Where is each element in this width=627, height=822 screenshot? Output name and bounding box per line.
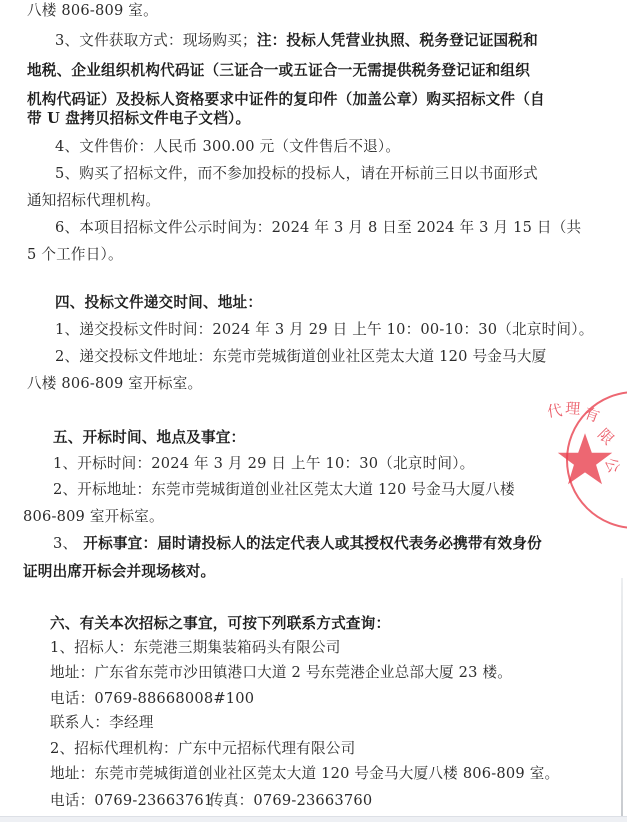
document-page: 八楼 806-809 室。 3、文件获取方式：现场购买；注：投标人凭营业执照、税… bbox=[0, 0, 627, 816]
section4-item2-line2: 八楼 806-809 室开标室。 bbox=[27, 375, 202, 393]
svg-text:公: 公 bbox=[601, 455, 623, 475]
page-edge-divider bbox=[621, 578, 623, 816]
item5-line1: 5、购买了招标文件，而不参加投标的投标人，请在开标前三日以书面形式 bbox=[55, 165, 538, 183]
section5-heading: 五、开标时间、地点及事宜： bbox=[53, 429, 245, 447]
svg-text:理: 理 bbox=[565, 399, 581, 418]
section5-item3-line1: 3、开标事宜：届时请投标人的法定代表人或其授权代表务必携带有效身份 bbox=[53, 535, 542, 553]
agency-name: 2、招标代理机构：广东中元招标代理有限公司 bbox=[50, 740, 355, 758]
section5-item2-line1: 2、开标地址：东莞市莞城街道创业社区莞太大道 120 号金马大厦八楼 bbox=[53, 481, 515, 499]
svg-text:有: 有 bbox=[582, 404, 602, 426]
item6-line1: 6、本项目招标文件公示时间为：2024 年 3 月 8 日至 2024 年 3 … bbox=[55, 219, 581, 237]
item4-price: 4、文件售价：人民币 300.00 元（文件售后不退）。 bbox=[55, 138, 400, 156]
item3-line1: 3、文件获取方式：现场购买；注：投标人凭营业执照、税务登记证国税和 bbox=[55, 32, 538, 50]
page-bottom-border bbox=[0, 816, 627, 822]
section5-item3-prefix: 3、 bbox=[53, 535, 77, 552]
company-seal-stamp-icon: 代 理 有 限 公 bbox=[545, 385, 627, 535]
section4-item1: 1、递交投标文件时间：2024 年 3 月 29 日 上午 10：00-10：3… bbox=[55, 321, 594, 339]
item5-line2: 通知招标代理机构。 bbox=[27, 192, 160, 210]
agency-phone: 电话：0769-23663761 bbox=[50, 792, 213, 810]
agency-fax: 传真：0769-23663760 bbox=[209, 792, 372, 810]
section5-item3-bold: 开标事宜：届时请投标人的法定代表人或其授权代表务必携带有效身份 bbox=[83, 535, 542, 552]
svg-text:代: 代 bbox=[546, 401, 563, 421]
tenderer-address: 地址：广东省东莞市沙田镇港口大道 2 号东莞港企业总部大厦 23 楼。 bbox=[50, 664, 512, 682]
tenderer-contact: 联系人：李经理 bbox=[50, 714, 154, 732]
section5-item2-line2: 806-809 室开标室。 bbox=[23, 508, 164, 526]
agency-address: 地址：东莞市莞城街道创业社区莞太大道 120 号金马大厦八楼 806-809 室… bbox=[50, 765, 559, 783]
item3-label: 3、文件获取方式：现场购买； bbox=[55, 32, 257, 49]
item6-line2: 5 个工作日）。 bbox=[27, 246, 123, 264]
tenderer-name: 1、招标人：东莞港三期集装箱码头有限公司 bbox=[50, 639, 341, 657]
section4-item2-line1: 2、递交投标文件地址：东莞市莞城街道创业社区莞太大道 120 号金马大厦 bbox=[55, 348, 546, 366]
item3-line3: 机构代码证）及投标人资格要求中证件的复印件（加盖公章）购买招标文件（自 bbox=[27, 91, 545, 109]
item3-line4: 带 U 盘拷贝招标文件电子文档）。 bbox=[27, 110, 250, 128]
item3-note-bold: 注：投标人凭营业执照、税务登记证国税和 bbox=[257, 32, 538, 49]
section5-item3-line2: 证明出席开标会并现场核对。 bbox=[23, 563, 215, 581]
section6-heading: 六、有关本次招标之事宜，可按下列联系方式查询： bbox=[50, 615, 390, 633]
section4-heading: 四、投标文件递交时间、地址： bbox=[55, 294, 262, 312]
top-continuation-text: 八楼 806-809 室。 bbox=[27, 2, 158, 20]
item3-line2: 地税、企业组织机构代码证（三证合一或五证合一无需提供税务登记证和组织 bbox=[27, 62, 530, 80]
section5-item1: 1、开标时间：2024 年 3 月 29 日 上午 10：30（北京时间）。 bbox=[53, 455, 474, 473]
svg-text:限: 限 bbox=[594, 425, 617, 448]
tenderer-phone: 电话：0769-88668008#100 bbox=[50, 690, 254, 708]
